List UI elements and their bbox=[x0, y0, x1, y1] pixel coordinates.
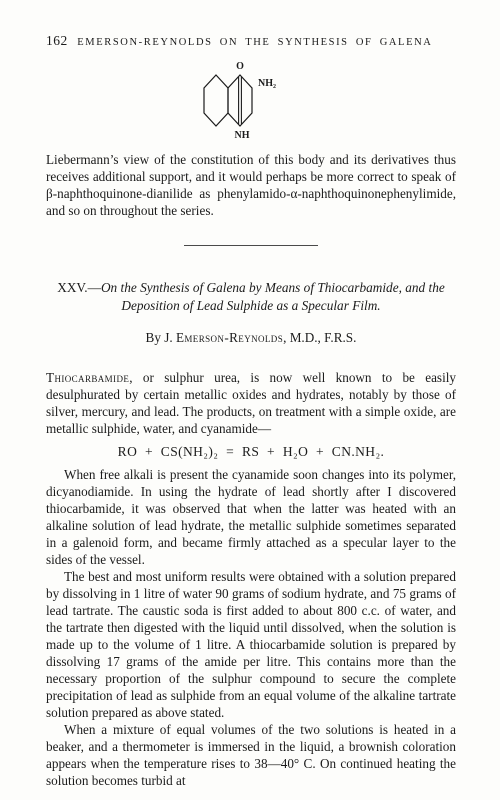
paragraph-thiocarbamide: Thiocarbamide, or sulphur urea, is now w… bbox=[46, 369, 456, 437]
paragraph-free-alkali: When free alkali is present the cyanamid… bbox=[46, 466, 456, 568]
author-name: Emerson-Reynolds bbox=[176, 330, 283, 345]
byline: By J. Emerson-Reynolds, M.D., F.R.S. bbox=[46, 330, 456, 346]
atom-label-o: O bbox=[236, 61, 244, 72]
naphthoquinone-structure-drawing: O NH₂ NH bbox=[194, 57, 309, 145]
author-degrees: , M.D., F.R.S. bbox=[283, 330, 356, 345]
page-number: 162 bbox=[46, 33, 68, 49]
intro-paragraph: Liebermann’s view of the constitution of… bbox=[46, 151, 456, 219]
paragraph-mixture-heated: When a mixture of equal volumes of the t… bbox=[46, 721, 456, 789]
lead-word: Thiocarbamide bbox=[46, 370, 129, 385]
atom-label-nh2: NH₂ bbox=[258, 78, 276, 89]
chemical-structure-figure: O NH₂ NH bbox=[46, 57, 456, 147]
chemical-equation: RO + CS(NH₂)₂ = RS + H₂O + CN.NH₂. bbox=[46, 444, 456, 460]
running-title: EMERSON-REYNOLDS ON THE SYNTHESIS OF GAL… bbox=[68, 37, 456, 48]
benzene-ring-outline bbox=[204, 75, 228, 126]
article-number: XXV.— bbox=[57, 280, 101, 295]
page-header: 162 EMERSON-REYNOLDS ON THE SYNTHESIS OF… bbox=[46, 0, 456, 49]
article-title: XXV.—On the Synthesis of Galena by Means… bbox=[52, 279, 450, 315]
quinonoid-ring-outline bbox=[228, 75, 252, 126]
byline-prefix: By J. bbox=[146, 330, 176, 345]
atom-label-nh: NH bbox=[234, 130, 249, 141]
text-column: 162 EMERSON-REYNOLDS ON THE SYNTHESIS OF… bbox=[46, 0, 456, 789]
article-title-text: On the Synthesis of Galena by Means of T… bbox=[101, 280, 445, 313]
journal-page-scan: 162 EMERSON-REYNOLDS ON THE SYNTHESIS OF… bbox=[0, 0, 500, 800]
paragraph-best-results: The best and most uniform results were o… bbox=[46, 568, 456, 721]
section-divider-rule bbox=[184, 245, 318, 246]
